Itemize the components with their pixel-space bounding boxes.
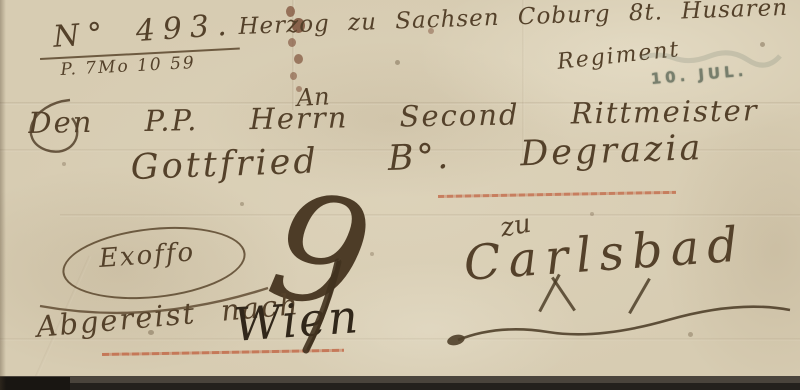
fold-crease <box>0 338 800 341</box>
paper-bottom-edge <box>0 376 800 383</box>
endorsement-line1: Herzog zu Sachsen Coburg 8t. Husaren <box>238 0 788 40</box>
postmark-date: 10. JUL. <box>650 62 748 88</box>
paper-corner-shadow <box>0 377 70 390</box>
fold-crease <box>60 214 800 217</box>
redirect-place: Wien <box>232 289 362 352</box>
red-underline-name <box>438 191 676 198</box>
crossout-stroke <box>628 278 651 314</box>
paper-left-shadow <box>0 0 6 390</box>
registry-number: N° 493. <box>52 7 236 55</box>
red-underline-redirect <box>102 349 344 356</box>
letter-cover: N° 493. P. 7Mo 10 59 Herzog zu Sachsen C… <box>0 0 800 390</box>
addressee-line2: Gottfried B°. Degrazia <box>130 128 704 188</box>
scan-background-edge <box>0 383 800 390</box>
